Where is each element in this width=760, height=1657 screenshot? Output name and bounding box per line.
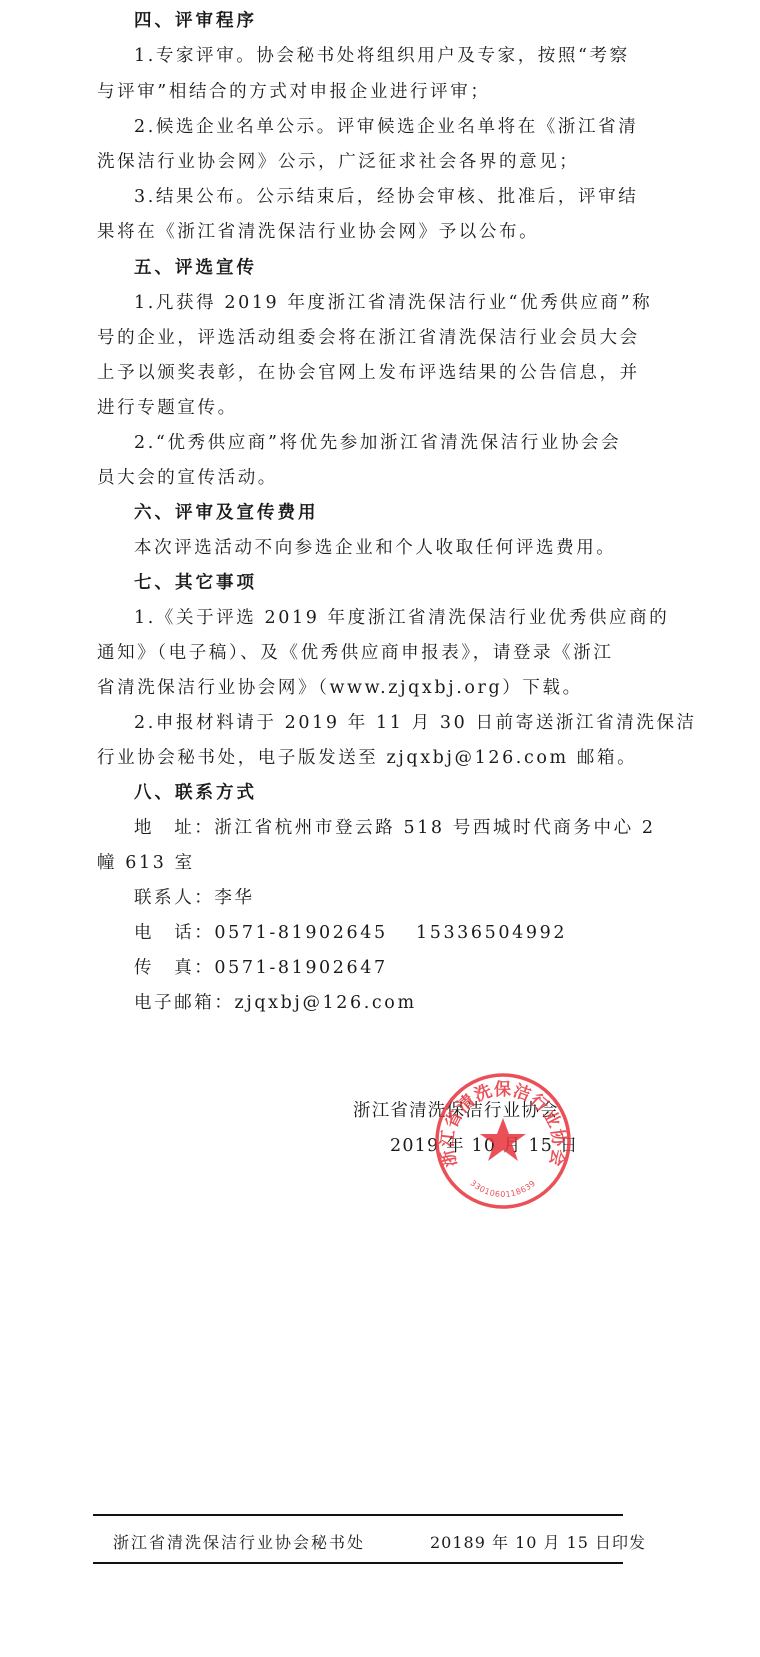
paragraph-line: 本次评选活动不向参选企业和个人收取任何评选费用。 xyxy=(134,537,637,559)
footer-issuer: 浙江省清洗保洁行业协会秘书处 xyxy=(113,1530,365,1553)
section-heading-publicity: 五、评选宣传 xyxy=(134,257,637,279)
paragraph-line: 2.候选企业名单公示。评审候选企业名单将在《浙江省清 xyxy=(134,116,637,138)
section-heading-contact: 八、联系方式 xyxy=(134,782,637,804)
address-line-cont: 幢 613 室 xyxy=(97,852,637,874)
footer-bottom-rule xyxy=(93,1562,623,1564)
stamp-code: 3301060118639 xyxy=(469,1178,538,1199)
address-line: 地 址：浙江省杭州市登云路 518 号西城时代商务中心 2 xyxy=(134,817,637,839)
contact-email: 电子邮箱：zjqxbj@126.com xyxy=(134,992,637,1014)
paragraph-line: 洗保洁行业协会网》公示，广泛征求社会各界的意见； xyxy=(97,151,637,173)
paragraph-line: 2.“优秀供应商”将优先参加浙江省清洗保洁行业协会会 xyxy=(134,432,637,454)
section-heading-review-procedure: 四、评审程序 xyxy=(134,10,637,32)
website-line: 省清洗保洁行业协会网》（www.zjqxbj.org）下载。 xyxy=(97,677,637,699)
email-line: 行业协会秘书处，电子版发送至 zjqxbj@126.com 邮箱。 xyxy=(97,747,637,769)
paragraph-line: 号的企业，评选活动组委会将在浙江省清洗保洁行业会员大会 xyxy=(97,327,637,349)
footer-issue-date: 20189 年 10 月 15 日印发 xyxy=(430,1530,646,1553)
contact-phone: 电 话：0571-81902645 15336504992 xyxy=(134,922,637,944)
paragraph-line: 1.凡获得 2019 年度浙江省清洗保洁行业“优秀供应商”称 xyxy=(134,292,637,314)
section-heading-fees: 六、评审及宣传费用 xyxy=(134,502,637,524)
paragraph-line: 员大会的宣传活动。 xyxy=(97,467,637,489)
contact-fax: 传 真：0571-81902647 xyxy=(134,957,637,979)
paragraph-line: 2.申报材料请于 2019 年 11 月 30 日前寄送浙江省清洗保洁 xyxy=(134,712,637,734)
svg-text:3301060118639: 3301060118639 xyxy=(469,1178,538,1199)
paragraph-line: 进行专题宣传。 xyxy=(97,397,637,419)
footer-top-rule xyxy=(93,1514,623,1516)
paragraph-line: 果将在《浙江省清洗保洁行业协会网》予以公布。 xyxy=(97,221,637,243)
paragraph-line: 与评审”相结合的方式对申报企业进行评审； xyxy=(97,81,637,103)
document-page: 四、评审程序 1.专家评审。协会秘书处将组织用户及专家，按照“考察 与评审”相结… xyxy=(0,0,760,1657)
paragraph-line: 3.结果公布。公示结束后，经协会审核、批准后，评审结 xyxy=(134,186,637,208)
paragraph-line: 上予以颁奖表彰，在协会官网上发布评选结果的公告信息，并 xyxy=(97,362,637,384)
paragraph-line: 通知》（电子稿）、及《优秀供应商申报表》，请登录《浙江 xyxy=(97,642,637,664)
official-seal-stamp: 浙江省清洗保洁行业协会 3301060118639 xyxy=(432,1070,574,1212)
section-heading-other-matters: 七、其它事项 xyxy=(134,572,637,594)
paragraph-line: 1.《关于评选 2019 年度浙江省清洗保洁行业优秀供应商的 xyxy=(134,607,637,629)
contact-person: 联系人：李华 xyxy=(134,887,637,909)
paragraph-line: 1.专家评审。协会秘书处将组织用户及专家，按照“考察 xyxy=(134,45,637,67)
star-icon xyxy=(480,1118,526,1161)
